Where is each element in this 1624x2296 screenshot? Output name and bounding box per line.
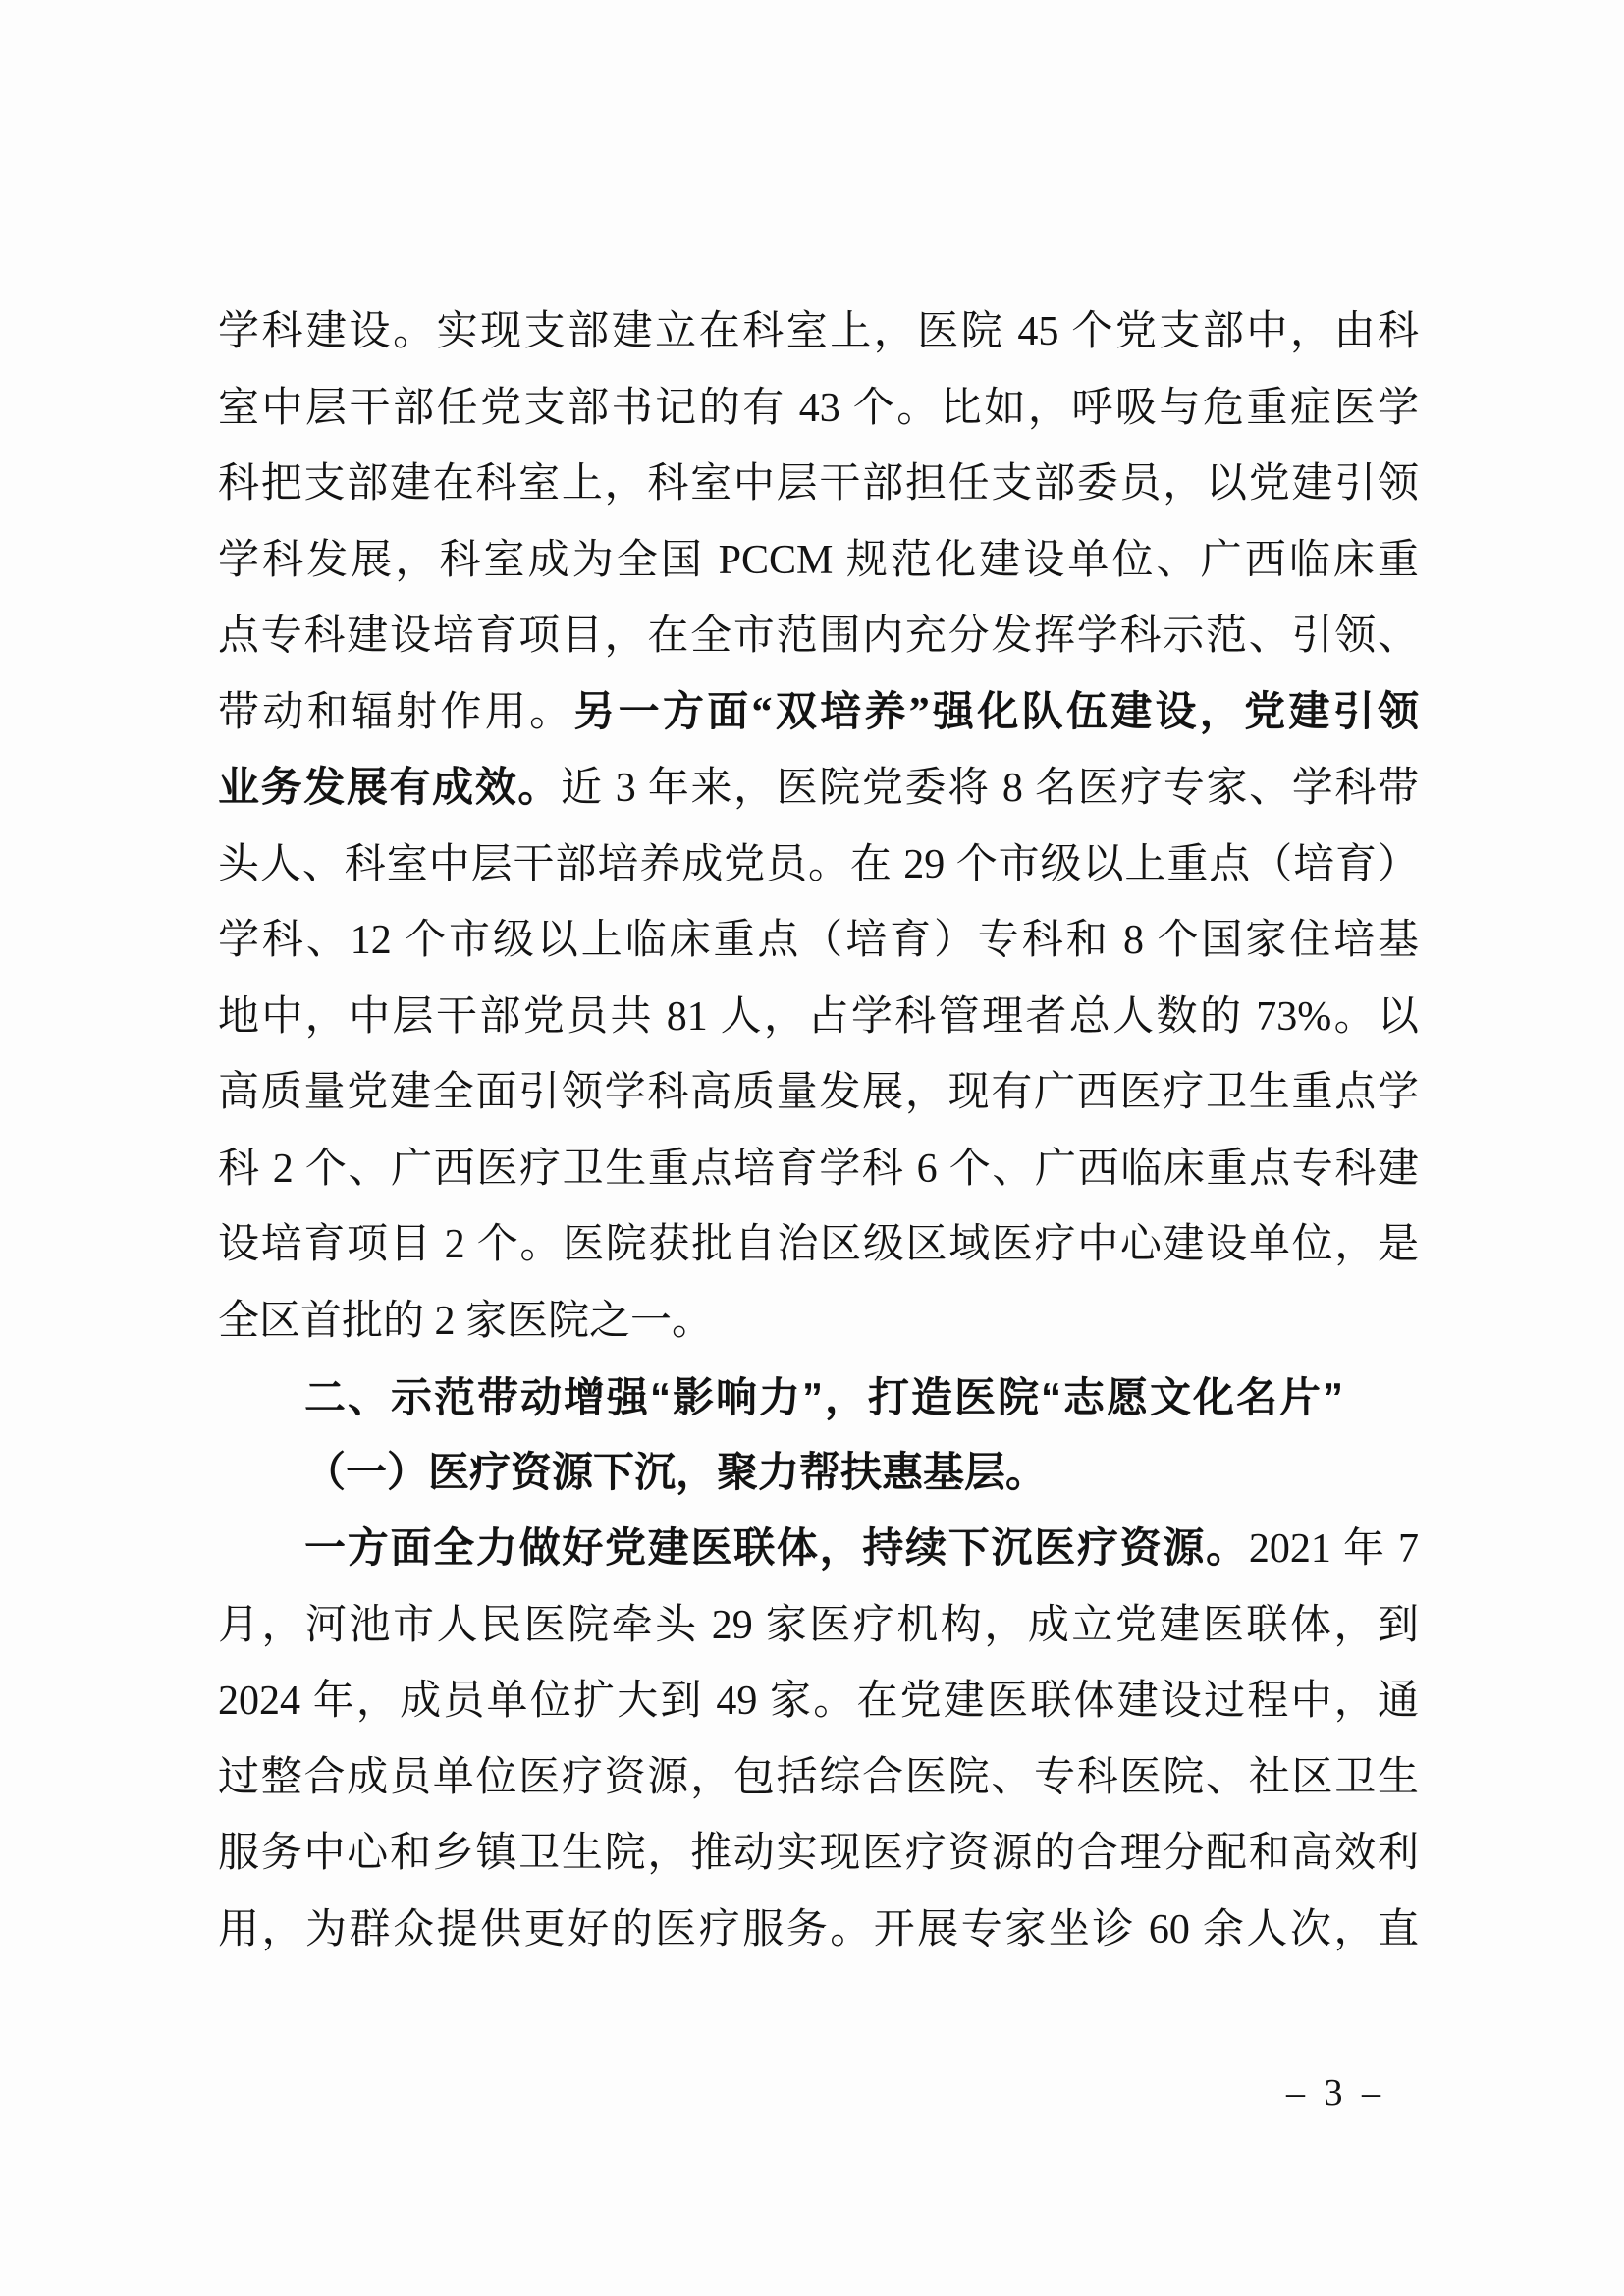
subsection-heading: （一）医疗资源下沉，聚力帮扶惠基层。	[218, 1436, 1419, 1513]
text-run: 2021 年 7	[1249, 1526, 1419, 1572]
text-run: 点专科建设培育项目，在全市范围内充分发挥学科示范、引领、	[218, 614, 1419, 659]
text-run: 服务中心和乡镇卫生院，推动实现医疗资源的合理分配和高效利	[218, 1831, 1419, 1876]
body-text: 学科建设。实现支部建立在科室上，医院 45 个党支部中，由科室中层干部任党支部书…	[218, 294, 1419, 1968]
text-line: 科把支部建在科室上，科室中层干部担任支部委员，以党建引领	[218, 447, 1419, 523]
text-line: 科 2 个、广西医疗卫生重点培育学科 6 个、广西临床重点专科建	[218, 1132, 1419, 1208]
text-line: 设培育项目 2 个。医院获批自治区级区域医疗中心建设单位，是	[218, 1207, 1419, 1284]
text-line: 一方面全力做好党建医联体，持续下沉医疗资源。2021 年 7	[218, 1512, 1419, 1588]
text-line: 服务中心和乡镇卫生院，推动实现医疗资源的合理分配和高效利	[218, 1816, 1419, 1893]
text-run: 近 3 年来，医院党委将 8 名医疗专家、学科带	[561, 766, 1419, 811]
text-line: 业务发展有成效。近 3 年来，医院党委将 8 名医疗专家、学科带	[218, 751, 1419, 828]
text-line: 学科建设。实现支部建立在科室上，医院 45 个党支部中，由科	[218, 294, 1419, 371]
section-heading: 二、示范带动增强“影响力”，打造医院“志愿文化名片”	[218, 1360, 1419, 1436]
text-line: 过整合成员单位医疗资源，包括综合医院、专科医院、社区卫生	[218, 1740, 1419, 1817]
text-line: 地中，中层干部党员共 81 人，占学科管理者总人数的 73%。以	[218, 980, 1419, 1056]
document-page: 学科建设。实现支部建立在科室上，医院 45 个党支部中，由科室中层干部任党支部书…	[0, 0, 1624, 2296]
text-line: 学科、12 个市级以上临床重点（培育）专科和 8 个国家住培基	[218, 903, 1419, 980]
bold-text-run: 一方面全力做好党建医联体，持续下沉医疗资源。	[304, 1526, 1249, 1572]
text-line: 月，河池市人民医院牵头 29 家医疗机构，成立党建医联体，到	[218, 1588, 1419, 1665]
text-line: 头人、科室中层干部培养成党员。在 29 个市级以上重点（培育）	[218, 828, 1419, 904]
text-line: 学科发展，科室成为全国 PCCM 规范化建设单位、广西临床重	[218, 523, 1419, 600]
text-run: 地中，中层干部党员共 81 人，占学科管理者总人数的 73%。以	[218, 994, 1419, 1040]
text-run: 全区首批的 2 家医院之一。	[218, 1299, 713, 1344]
text-run: 室中层干部任党支部书记的有 43 个。比如，呼吸与危重症医学	[218, 386, 1419, 431]
text-run: 设培育项目 2 个。医院获批自治区级区域医疗中心建设单位，是	[218, 1222, 1419, 1267]
text-run: 月，河池市人民医院牵头 29 家医疗机构，成立党建医联体，到	[218, 1603, 1419, 1648]
text-run: 头人、科室中层干部培养成党员。在 29 个市级以上重点（培育）	[218, 842, 1419, 887]
text-run: 科 2 个、广西医疗卫生重点培育学科 6 个、广西临床重点专科建	[218, 1147, 1419, 1192]
text-run: 高质量党建全面引领学科高质量发展，现有广西医疗卫生重点学	[218, 1070, 1419, 1115]
bold-text-run: 二、示范带动增强“影响力”，打造医院“志愿文化名片”	[304, 1374, 1345, 1420]
text-line: 高质量党建全面引领学科高质量发展，现有广西医疗卫生重点学	[218, 1055, 1419, 1132]
text-line: 全区首批的 2 家医院之一。	[218, 1284, 1419, 1361]
text-run: 用，为群众提供更好的医疗服务。开展专家坐诊 60 余人次，直	[218, 1907, 1419, 1952]
text-run: 带动和辐射作用。	[218, 690, 573, 735]
text-line: 点专科建设培育项目，在全市范围内充分发挥学科示范、引领、	[218, 599, 1419, 675]
bold-text-run: （一）医疗资源下沉，聚力帮扶惠基层。	[304, 1451, 1047, 1496]
text-line: 室中层干部任党支部书记的有 43 个。比如，呼吸与危重症医学	[218, 371, 1419, 448]
page-number: – 3 –	[1286, 2071, 1385, 2114]
text-run: 学科建设。实现支部建立在科室上，医院 45 个党支部中，由科	[218, 309, 1419, 354]
text-run: 2024 年，成员单位扩大到 49 家。在党建医联体建设过程中，通	[218, 1679, 1419, 1724]
text-run: 学科、12 个市级以上临床重点（培育）专科和 8 个国家住培基	[218, 918, 1419, 963]
text-run: 过整合成员单位医疗资源，包括综合医院、专科医院、社区卫生	[218, 1755, 1419, 1800]
text-line: 用，为群众提供更好的医疗服务。开展专家坐诊 60 余人次，直	[218, 1893, 1419, 1969]
text-run: 学科发展，科室成为全国 PCCM 规范化建设单位、广西临床重	[218, 538, 1419, 583]
text-line: 带动和辐射作用。另一方面“双培养”强化队伍建设，党建引领	[218, 675, 1419, 752]
text-run: 科把支部建在科室上，科室中层干部担任支部委员，以党建引领	[218, 461, 1419, 507]
bold-text-run: 另一方面“双培养”强化队伍建设，党建引领	[573, 690, 1419, 735]
bold-text-run: 业务发展有成效。	[218, 766, 561, 811]
text-line: 2024 年，成员单位扩大到 49 家。在党建医联体建设过程中，通	[218, 1664, 1419, 1740]
